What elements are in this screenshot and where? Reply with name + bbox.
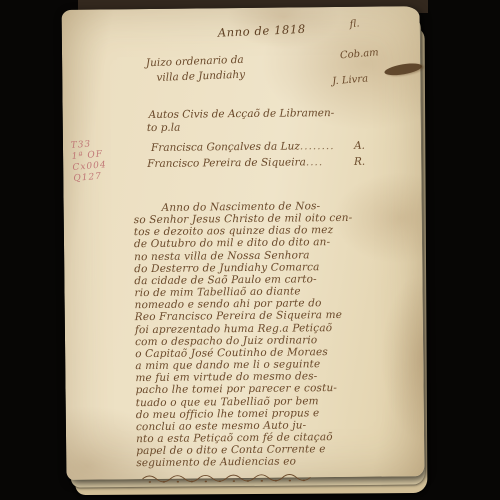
archival-note-line: Q127 xyxy=(73,171,108,185)
folio-mark: fl. xyxy=(349,18,360,30)
court-heading-line2: villa de Jundiahy xyxy=(146,68,245,87)
closing-flourish-icon xyxy=(140,468,320,489)
plaintiff-name: Francisca Gonçalves da Luz xyxy=(151,140,300,154)
body-line: seguimento de Audiencias eo xyxy=(136,455,412,470)
leader-dots: .... xyxy=(306,156,323,168)
plaintiff-role: A. xyxy=(354,140,365,152)
defendant-role: R. xyxy=(354,156,365,168)
manuscript-page: Anno de 1818 Juizo ordenario da villa de… xyxy=(62,6,425,480)
case-title-line2: to p.la xyxy=(147,122,181,134)
plaintiff-line: Francisca Gonçalves da Luz ........ A. xyxy=(151,140,365,154)
year-heading: Anno de 1818 xyxy=(196,21,328,41)
leader-dots: ........ xyxy=(300,140,335,152)
clerk-rubric: J. Livra xyxy=(332,73,369,87)
clerk-mark: Cob.am xyxy=(340,47,379,61)
archival-reference-note: T33 1ª OF Cx004 Q127 xyxy=(70,138,108,185)
defendant-line: Francisco Pereira de Siqueira .... R. xyxy=(147,156,365,170)
ink-blot-icon xyxy=(384,61,423,77)
body-text: Anno do Nascimento de Nos- so Senhor Jes… xyxy=(134,199,413,469)
case-title-line1: Autos Civis de Acçaõ de Libramen- xyxy=(149,107,335,121)
court-heading: Juizo ordenario da villa de Jundiahy xyxy=(146,53,246,87)
defendant-name: Francisco Pereira de Siqueira xyxy=(147,156,306,170)
manuscript-photo: Anno de 1818 Juizo ordenario da villa de… xyxy=(0,0,500,500)
